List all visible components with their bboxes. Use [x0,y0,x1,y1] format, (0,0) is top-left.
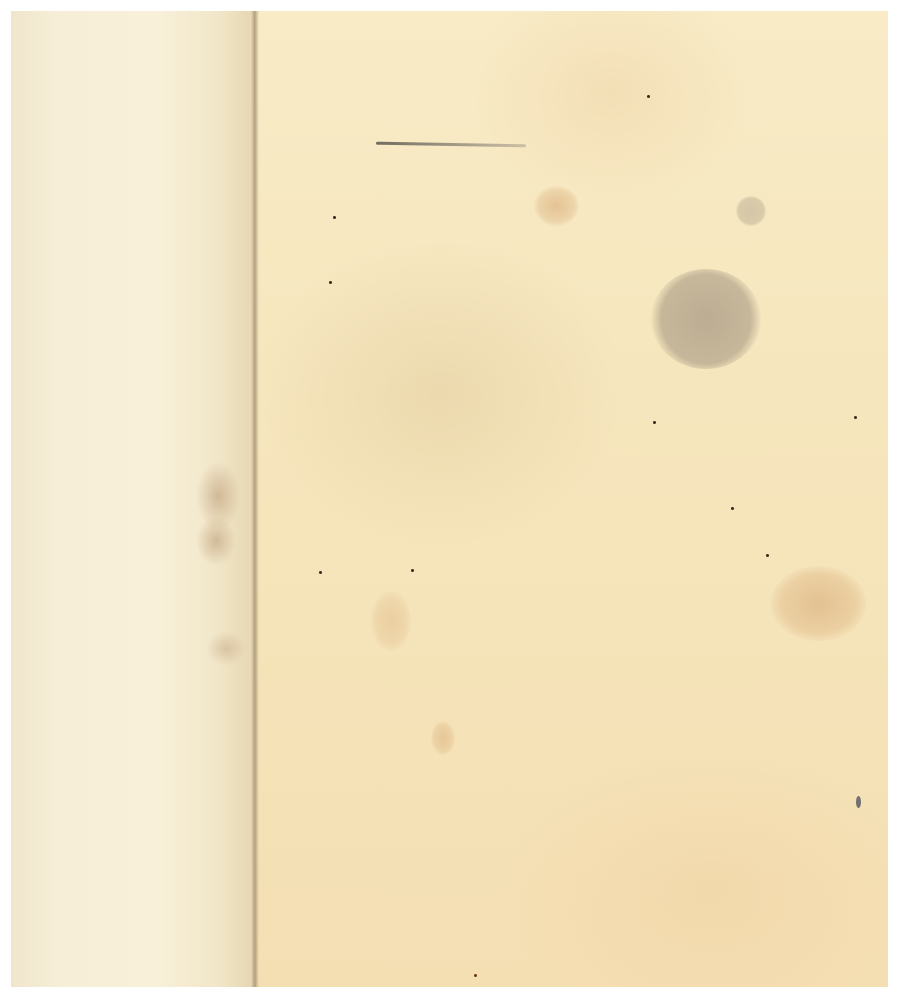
speck [333,216,336,219]
brown-drop-stain [431,721,455,755]
speck [854,416,857,419]
spine-stain-middle [196,516,236,566]
book-cover-scan [11,11,888,987]
speck [329,281,332,284]
small-gray-stain [736,196,766,226]
faint-brown-stain [371,591,411,651]
water-stain-circle [651,269,761,369]
spine-stain-lower [206,631,246,666]
speck [766,554,769,557]
speck [647,95,650,98]
brown-stain-top [534,186,579,226]
speck [474,974,477,977]
speck [856,796,861,808]
speck [319,571,322,574]
speck [731,507,734,510]
speck [411,569,414,572]
spine-fold-line [251,11,259,987]
speck [653,421,656,424]
brown-stain-right [771,566,866,641]
pencil-mark [376,142,526,148]
